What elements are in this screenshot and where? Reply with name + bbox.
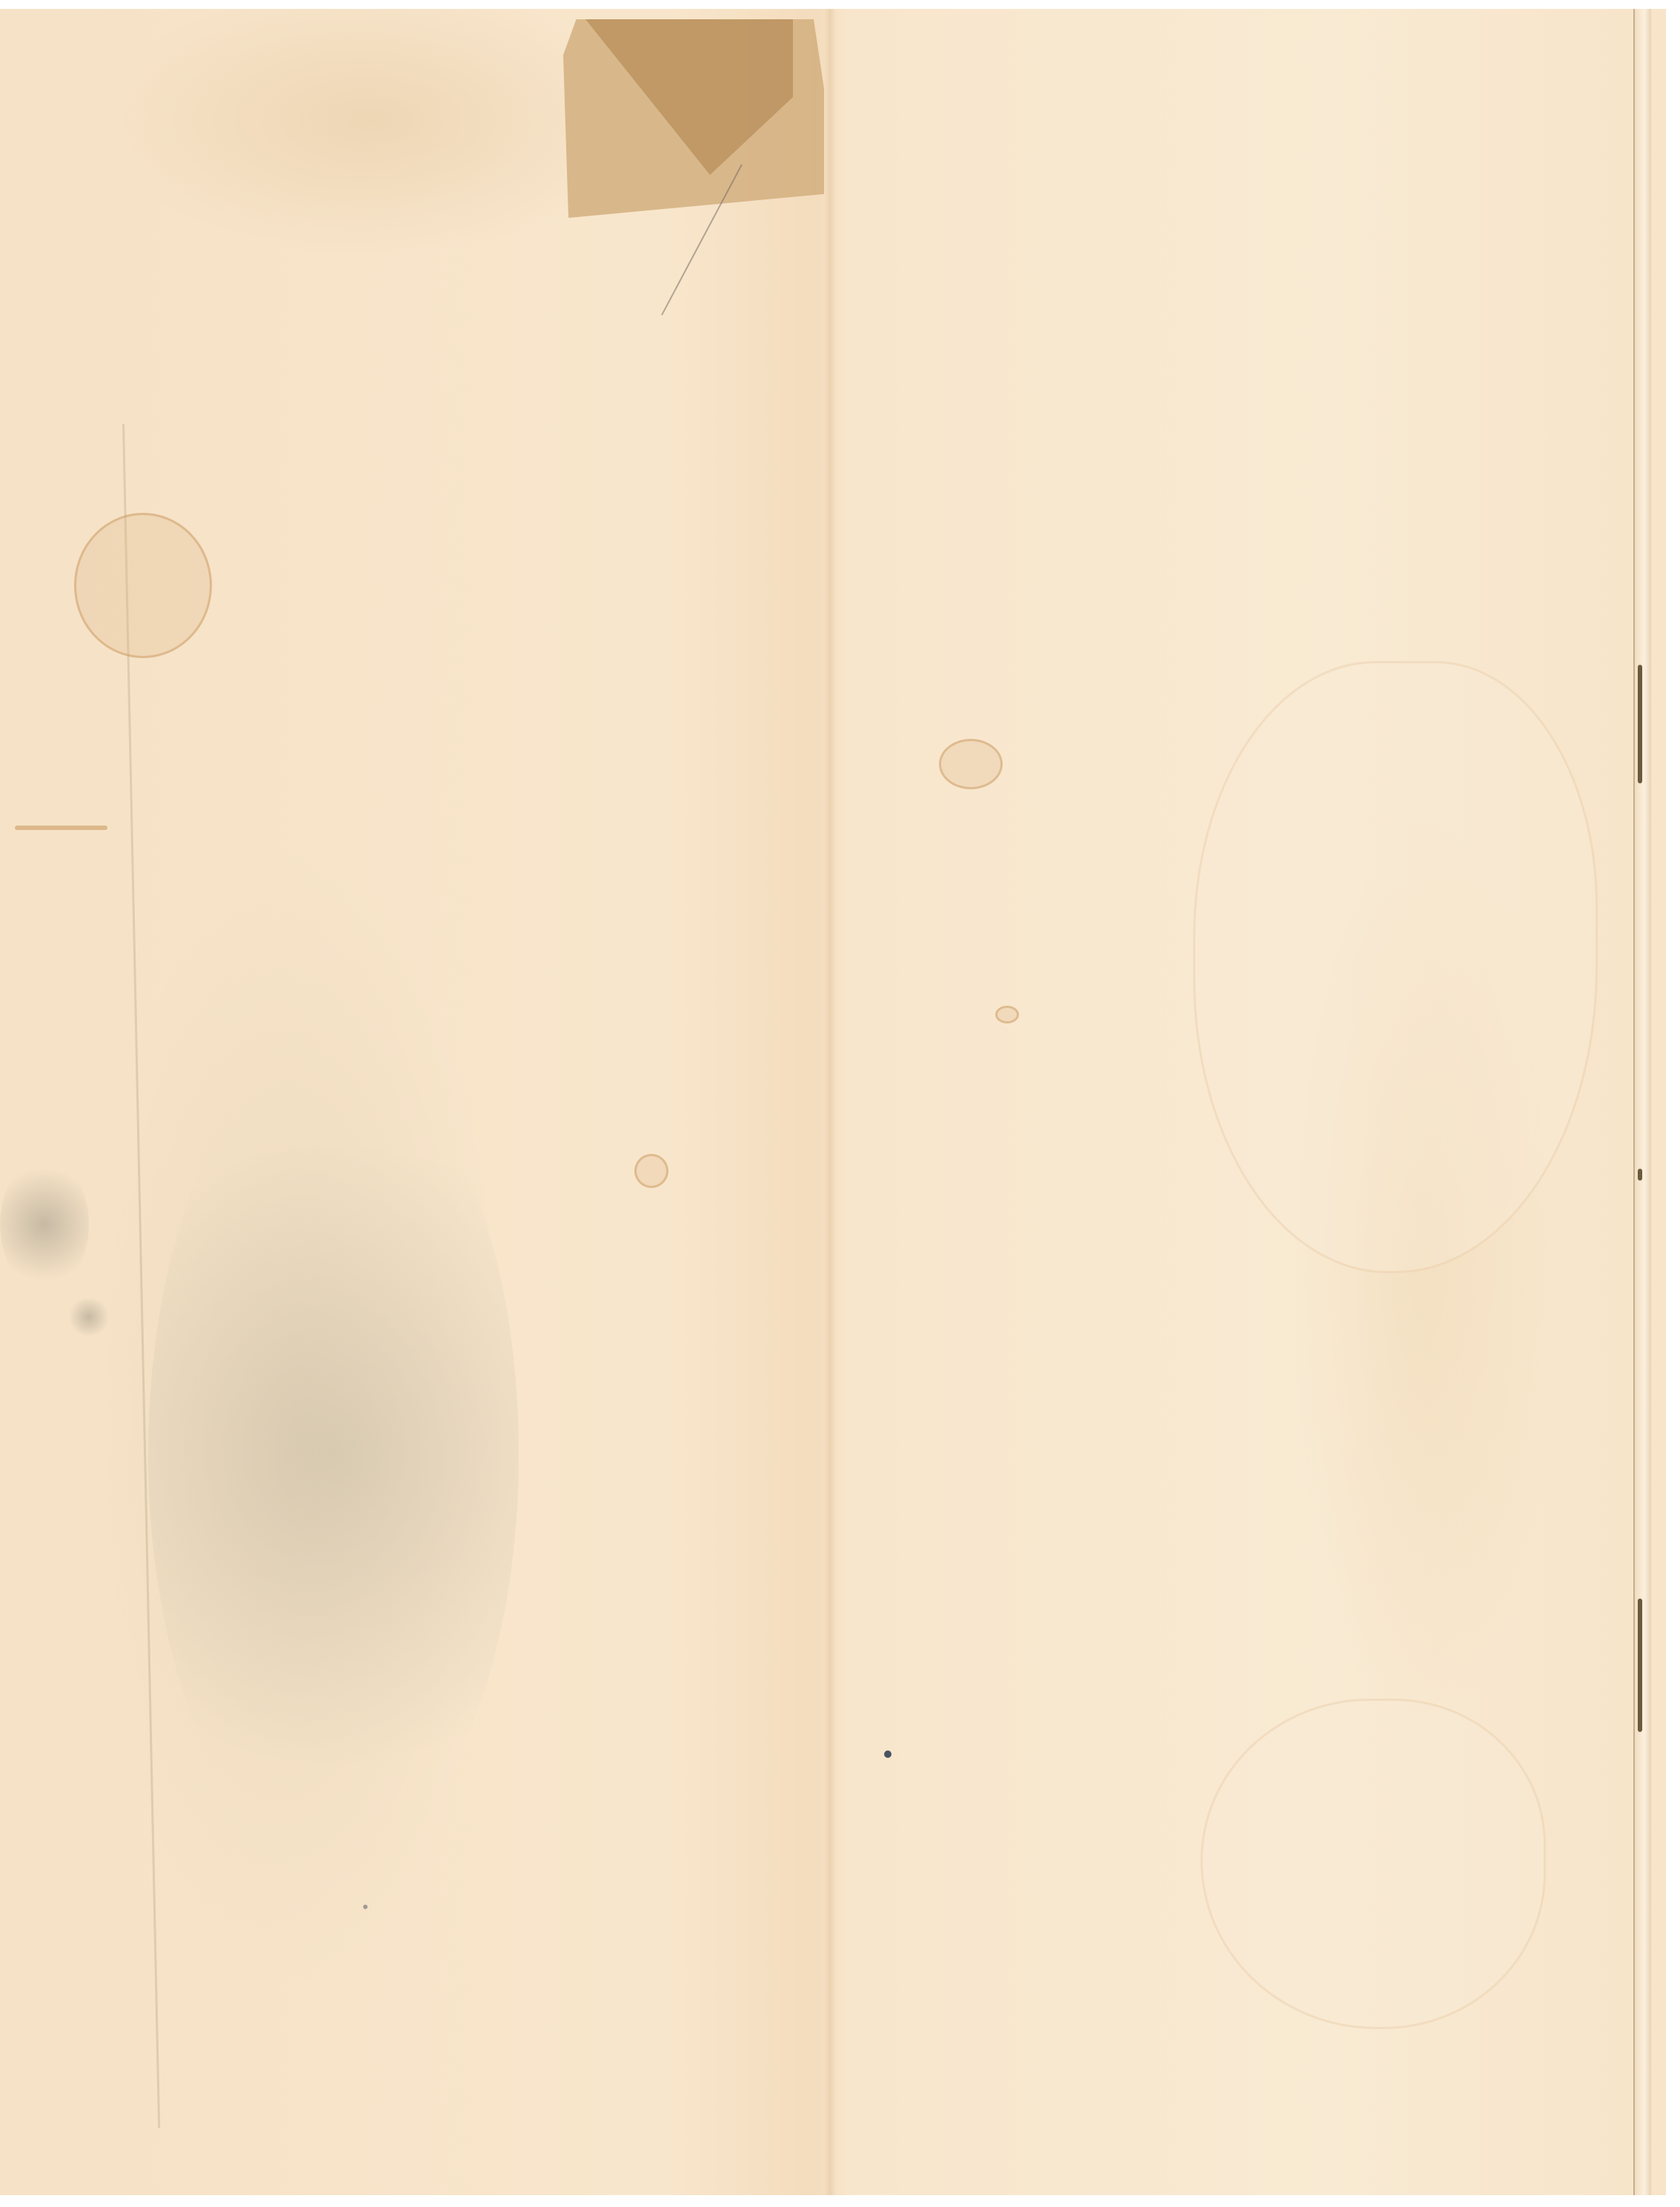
- round-stain: [939, 739, 1003, 789]
- paper-page: [0, 9, 1666, 2195]
- round-stain: [634, 1154, 668, 1188]
- binding-thread: [1638, 1169, 1642, 1181]
- round-stain: [995, 1006, 1019, 1023]
- left-crease-line: [122, 424, 160, 2128]
- mold-spot: [148, 1046, 519, 1862]
- mold-spot: [67, 1298, 111, 1335]
- binding-thread: [1638, 665, 1642, 783]
- water-ring-stain: [74, 513, 212, 658]
- binding-thread: [1638, 1599, 1642, 1732]
- streak-stain: [15, 826, 107, 830]
- binding-edge: [1633, 9, 1651, 2195]
- mold-spot: [0, 1158, 89, 1291]
- ink-speck: [363, 1905, 368, 1909]
- ink-speck: [884, 1750, 892, 1758]
- tide-line-stain: [1193, 661, 1598, 1273]
- tide-line-stain: [1201, 1699, 1546, 2029]
- center-fold-line: [824, 9, 836, 2195]
